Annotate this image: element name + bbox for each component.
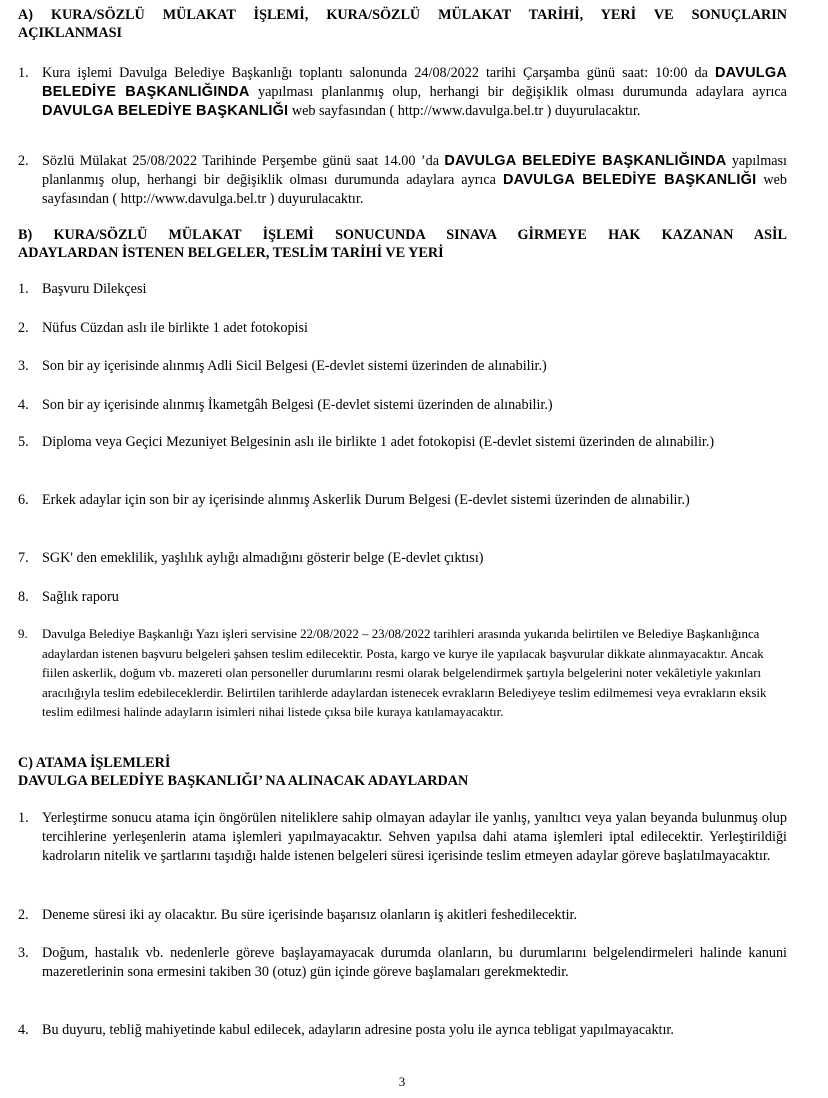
item-number: 5. [18, 433, 29, 452]
section-c-heading-line2: DAVULGA BELEDİYE BAŞKANLIĞI’ NA ALINACAK… [18, 772, 787, 790]
item-text: Kura işlemi Davulga Belediye Başkanlığı … [42, 64, 787, 121]
section-b-item-7: 7. SGK' den emeklilik, yaşlılık aylığı a… [18, 549, 787, 568]
item-text: Yerleştirme sonucu atama için öngörülen … [42, 809, 787, 866]
item-text: Erkek adaylar için son bir ay içerisinde… [42, 491, 787, 510]
item-text: Nüfus Cüzdan aslı ile birlikte 1 adet fo… [42, 319, 787, 338]
section-c-item-3: 3. Doğum, hastalık vb. nedenlerle göreve… [18, 944, 787, 982]
section-b-heading-line2: ADAYLARDAN İSTENEN BELGELER, TESLİM TARİ… [18, 244, 787, 262]
item-number: 2. [18, 152, 29, 171]
section-a-heading: A) KURA/SÖZLÜ MÜLAKAT İŞLEMİ, KURA/SÖZLÜ… [18, 6, 787, 42]
section-b-item-2: 2. Nüfus Cüzdan aslı ile birlikte 1 adet… [18, 319, 787, 338]
item-text: Diploma veya Geçici Mezuniyet Belgesinin… [42, 433, 787, 452]
section-b-heading: B) KURA/SÖZLÜ MÜLAKAT İŞLEMİ SONUCUNDA S… [18, 226, 787, 262]
item-text: Son bir ay içerisinde alınmış İkametgâh … [42, 396, 787, 415]
item-text: Son bir ay içerisinde alınmış Adli Sicil… [42, 357, 787, 376]
section-c-item-1: 1. Yerleştirme sonucu atama için öngörül… [18, 809, 787, 866]
section-c-item-4: 4. Bu duyuru, tebliğ mahiyetinde kabul e… [18, 1021, 787, 1040]
section-a-heading-line1: A) KURA/SÖZLÜ MÜLAKAT İŞLEMİ, KURA/SÖZLÜ… [18, 6, 787, 24]
section-c-heading-line1: C) ATAMA İŞLEMLERİ [18, 754, 787, 772]
item-text: Deneme süresi iki ay olacaktır. Bu süre … [42, 906, 787, 925]
section-a-item-1: 1. Kura işlemi Davulga Belediye Başkanlı… [18, 64, 787, 121]
section-c-heading: C) ATAMA İŞLEMLERİ DAVULGA BELEDİYE BAŞK… [18, 754, 787, 790]
page-number: 3 [0, 1074, 804, 1090]
item-number: 9. [18, 625, 28, 644]
item-number: 4. [18, 1021, 29, 1040]
section-b-item-9: 9. Davulga Belediye Başkanlığı Yazı işle… [18, 625, 787, 723]
section-b-item-5: 5. Diploma veya Geçici Mezuniyet Belgesi… [18, 433, 787, 452]
item-text: Başvuru Dilekçesi [42, 280, 787, 299]
item-text: Sağlık raporu [42, 588, 787, 607]
section-b-item-3: 3. Son bir ay içerisinde alınmış Adli Si… [18, 357, 787, 376]
section-b-heading-line1: B) KURA/SÖZLÜ MÜLAKAT İŞLEMİ SONUCUNDA S… [18, 226, 787, 244]
item-text: Doğum, hastalık vb. nedenlerle göreve ba… [42, 944, 787, 982]
section-a-heading-line2: AÇIKLANMASI [18, 24, 787, 42]
item-number: 3. [18, 944, 29, 963]
item-number: 8. [18, 588, 29, 607]
item-text: Davulga Belediye Başkanlığı Yazı işleri … [42, 625, 787, 723]
item-number: 1. [18, 64, 29, 83]
section-a-item-2: 2. Sözlü Mülakat 25/08/2022 Tarihinde Pe… [18, 152, 787, 209]
item-number: 2. [18, 906, 29, 925]
item-number: 4. [18, 396, 29, 415]
item-text: Bu duyuru, tebliğ mahiyetinde kabul edil… [42, 1021, 787, 1040]
item-number: 1. [18, 809, 29, 828]
item-number: 1. [18, 280, 29, 299]
section-b-item-4: 4. Son bir ay içerisinde alınmış İkametg… [18, 396, 787, 415]
section-b-item-8: 8. Sağlık raporu [18, 588, 787, 607]
item-text: Sözlü Mülakat 25/08/2022 Tarihinde Perşe… [42, 152, 787, 209]
item-number: 3. [18, 357, 29, 376]
section-c-item-2: 2. Deneme süresi iki ay olacaktır. Bu sü… [18, 906, 787, 925]
item-number: 7. [18, 549, 29, 568]
item-text: SGK' den emeklilik, yaşlılık aylığı alma… [42, 549, 787, 568]
item-number: 2. [18, 319, 29, 338]
section-b-item-6: 6. Erkek adaylar için son bir ay içerisi… [18, 491, 787, 510]
section-b-item-1: 1. Başvuru Dilekçesi [18, 280, 787, 299]
item-number: 6. [18, 491, 29, 510]
